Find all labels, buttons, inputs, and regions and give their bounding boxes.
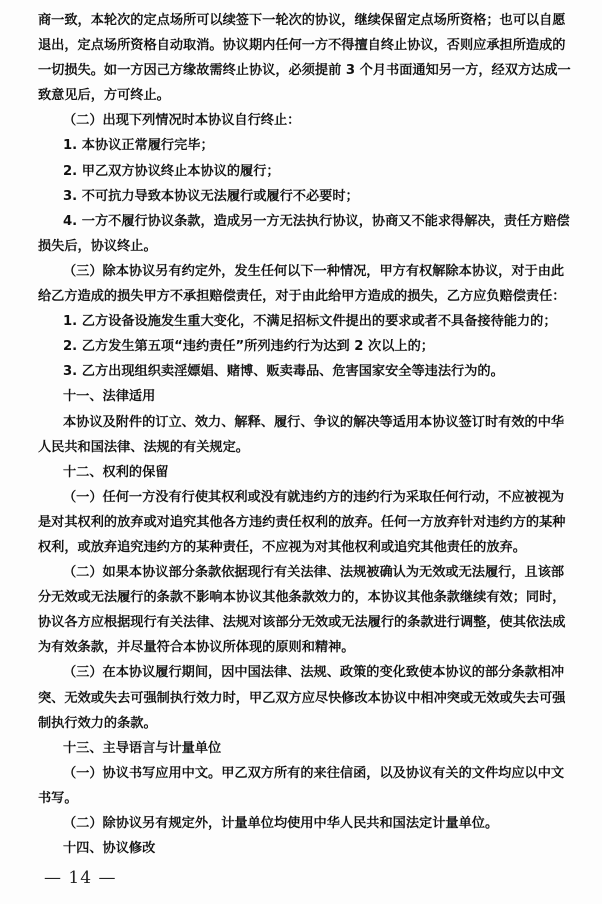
section-heading: 十四、协议修改 (38, 836, 557, 861)
paragraph-line: 商一致，本轮次的定点场所可以续签下一轮次的协议，继续保留定点场所资格；也可以自愿 (38, 8, 557, 33)
document-page: 商一致，本轮次的定点场所可以续签下一轮次的协议，继续保留定点场所资格；也可以自愿… (0, 0, 602, 904)
paragraph-line: 致意见后，方可终止。 (38, 83, 557, 108)
list-item: 2. 甲乙双方协议终止本协议的履行； (38, 159, 557, 184)
paragraph-line: 一切损失。如一方因己方缘故需终止协议，必须提前 3 个月书面通知另一方，经双方达… (38, 58, 557, 83)
paragraph-line: 制执行效力的条款。 (38, 711, 557, 736)
paragraph-line: 分无效或无法履行的条款不影响本协议其他条款效力的，本协议其他条款继续有效；同时， (38, 585, 557, 610)
paragraph-line: 退出，定点场所资格自动取消。协议期内任何一方不得擅自终止协议，否则应承担所造成的 (38, 33, 557, 58)
paragraph-line: 为有效条款，并尽量符合本协议所体现的原则和精神。 (38, 635, 557, 660)
clause-paragraph: （三）在本协议履行期间，因中国法律、法规、政策的变化致使本协议的部分条款相冲 (38, 660, 557, 685)
paragraph-line: 突、无效或失去可强制执行效力时，甲乙双方应尽快修改本协议中相冲突或无效或失去可强 (38, 686, 557, 711)
section-heading: 十一、法律适用 (38, 384, 557, 409)
page-number: — 14 — (44, 868, 116, 888)
clause-paragraph: （二）除协议另有规定外，计量单位均使用中华人民共和国法定计量单位。 (38, 811, 557, 836)
paragraph-line: 人民共和国法律、法规的有关规定。 (38, 435, 557, 460)
paragraph-line: 权利，或放弃追究违约方的某种责任，不应视为对其他权利或追究其他责任的放弃。 (38, 535, 557, 560)
document-body: 商一致，本轮次的定点场所可以续签下一轮次的协议，继续保留定点场所资格；也可以自愿… (38, 8, 557, 861)
paragraph-line: 损失后，协议终止。 (38, 234, 557, 259)
clause-paragraph: （二）如果本协议部分条款依据现行有关法律、法规被确认为无效或无法履行，且该部 (38, 560, 557, 585)
clause-paragraph: （一）任何一方没有行使其权利或没有就违约方的违约行为采取任何行动，不应被视为 (38, 485, 557, 510)
list-item: 1. 乙方设备设施发生重大变化，不满足招标文件提出的要求或者不具备接待能力的； (38, 309, 557, 334)
paragraph-line: 给乙方造成的损失甲方不承担赔偿责任，对于由此给甲方造成的损失，乙方应负赔偿责任： (38, 284, 557, 309)
paragraph-line: 是对其权利的放弃或对追究其他各方违约责任权利的放弃。任何一方放弃针对违约方的某种 (38, 510, 557, 535)
paragraph-line: 本协议及附件的订立、效力、解释、履行、争议的解决等适用本协议签订时有效的中华 (38, 410, 557, 435)
paragraph-line: 协议各方应根据现行有关法律、法规对该部分无效或无法履行的条款进行调整，使其依法成 (38, 610, 557, 635)
paragraph-line: 书写。 (38, 786, 557, 811)
section-heading: 十三、主导语言与计量单位 (38, 736, 557, 761)
section-heading: 十二、权利的保留 (38, 460, 557, 485)
list-item: 1. 本协议正常履行完毕； (38, 133, 557, 158)
list-item: 3. 不可抗力导致本协议无法履行或履行不必要时； (38, 184, 557, 209)
list-item: 3. 乙方出现组织卖淫嫖娼、赌博、贩卖毒品、危害国家安全等违法行为的。 (38, 359, 557, 384)
clause-paragraph: （一）协议书写应用中文。甲乙双方所有的来往信函，以及协议有关的文件均应以中文 (38, 761, 557, 786)
clause-paragraph: （三）除本协议另有约定外，发生任何以下一种情况，甲方有权解除本协议，对于由此 (38, 259, 557, 284)
clause-heading: （二）出现下列情况时本协议自行终止： (38, 108, 557, 133)
list-item: 4. 一方不履行协议条款，造成另一方无法执行协议，协商又不能求得解决，责任方赔偿 (38, 209, 557, 234)
list-item: 2. 乙方发生第五项“违约责任”所列违约行为达到 2 次以上的； (38, 334, 557, 359)
